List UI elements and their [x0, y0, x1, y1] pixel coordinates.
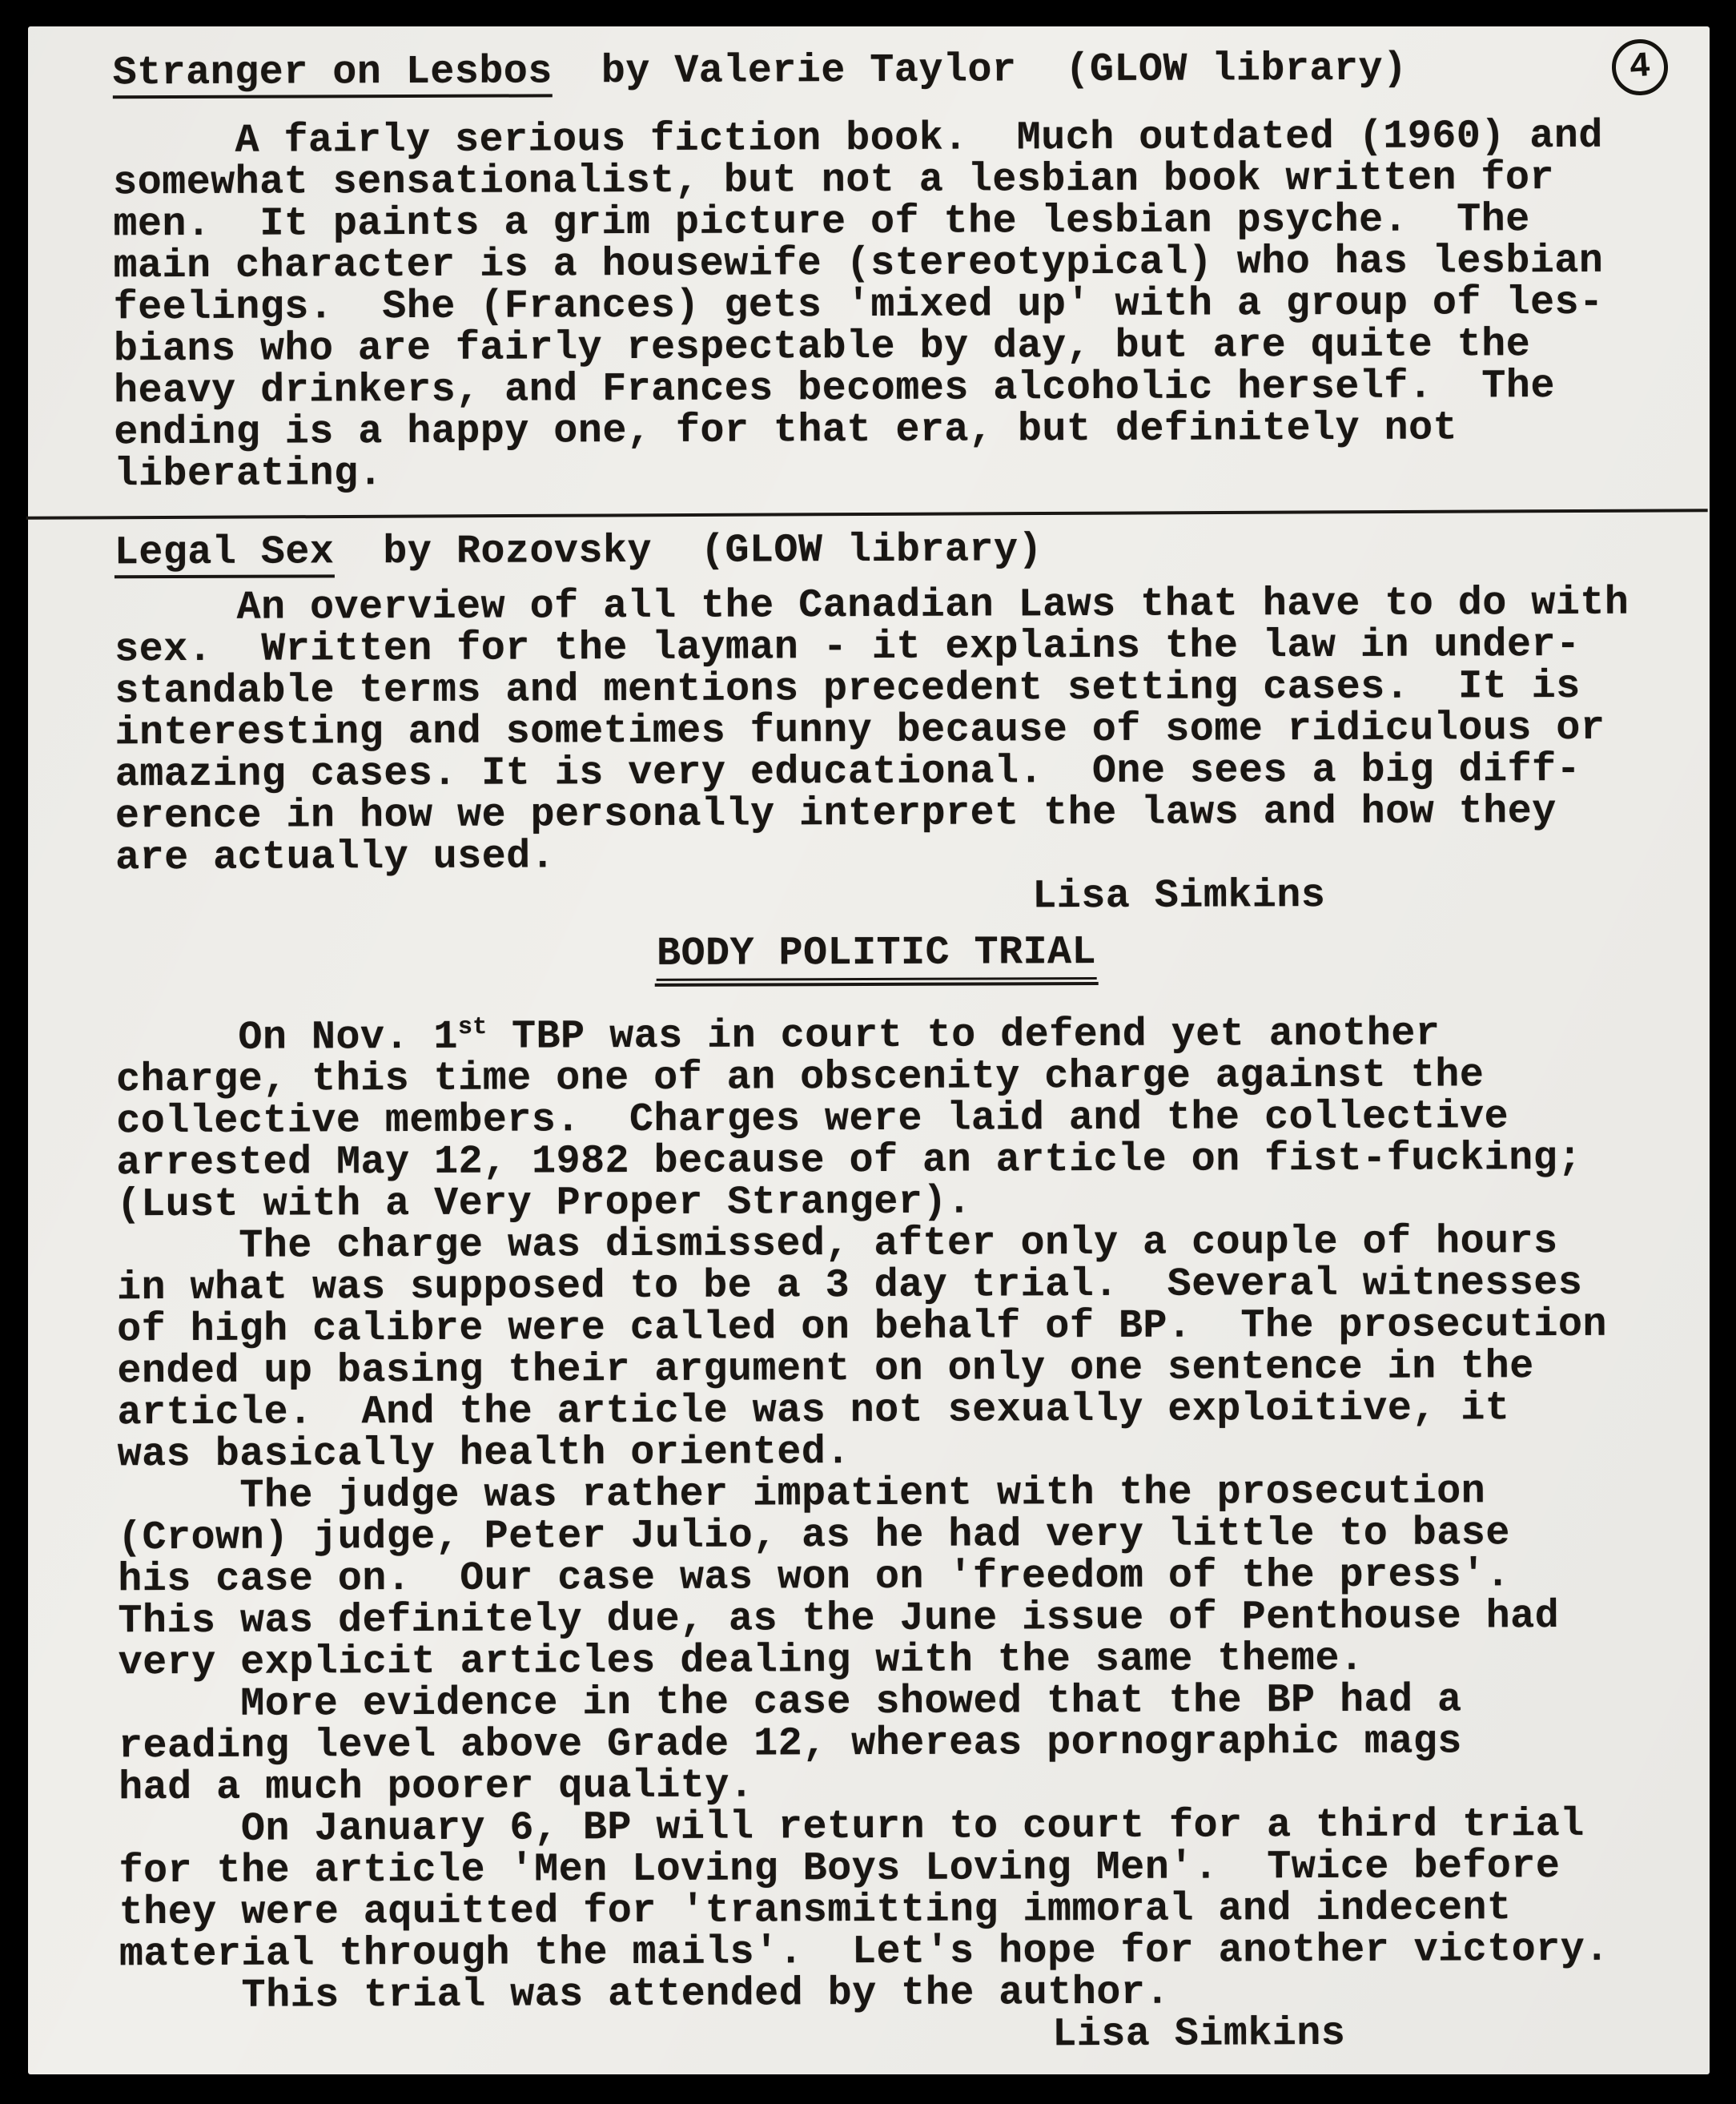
- page-content: Stranger on Lesbos by Valerie Taylor (GL…: [25, 23, 1714, 2077]
- text-line: This was definitely due, as the June iss…: [118, 1596, 1639, 1643]
- review1-title: Stranger on Lesbos: [113, 51, 553, 99]
- review2-body: An overview of all the Canadian Laws tha…: [115, 583, 1637, 880]
- article-para3: The judge was rather impatient with the …: [118, 1471, 1640, 1685]
- page: 4 Stranger on Lesbos by Valerie Taylor (…: [28, 26, 1710, 2074]
- article-para6: This trial was attended by the author.: [119, 1971, 1641, 2018]
- scanned-document: 4 Stranger on Lesbos by Valerie Taylor (…: [0, 0, 1736, 2104]
- review2-title: Legal Sex: [115, 532, 335, 578]
- text-line: reading level above Grade 12, whereas po…: [119, 1721, 1640, 1768]
- article-heading-line: BODY POLITIC TRIAL: [115, 931, 1637, 984]
- text-line: are actually used.: [115, 833, 1637, 880]
- section-divider: [26, 509, 1708, 520]
- text-line: material through the mails'. Let's hope …: [119, 1929, 1641, 1977]
- article-heading: BODY POLITIC TRIAL: [657, 932, 1096, 981]
- text-line: This trial was attended by the author.: [119, 1971, 1641, 2018]
- review1-title-line: Stranger on Lesbos by Valerie Taylor (GL…: [113, 48, 1634, 99]
- review1-byline: by Valerie Taylor (GLOW library): [553, 46, 1408, 95]
- signature: Lisa Simkins: [1032, 875, 1637, 919]
- text-line: article. And the article was not sexuall…: [117, 1388, 1638, 1435]
- article-para2: The charge was dismissed, after only a c…: [117, 1221, 1639, 1477]
- signature: Lisa Simkins: [1052, 2013, 1641, 2057]
- review1-body: A fairly serious fiction book. Much outd…: [113, 116, 1636, 497]
- text-line: arrested May 12, 1982 because of an arti…: [116, 1138, 1638, 1185]
- text-line: ending is a happy one, for that era, but…: [114, 408, 1635, 455]
- review2-title-line: Legal Sex by Rozovsky (GLOW library): [115, 528, 1636, 579]
- superscript: st: [458, 1014, 488, 1041]
- text-line: erence in how we personally interpret th…: [115, 791, 1637, 839]
- review2-byline: by Rozovsky (GLOW library): [334, 527, 1043, 575]
- article-para4: More evidence in the case showed that th…: [119, 1680, 1641, 1810]
- text-segment: On Nov. 1: [116, 1015, 458, 1061]
- article-para1: On Nov. 1st TBP was in court to defend y…: [116, 1013, 1638, 1227]
- text-line: liberating.: [114, 449, 1635, 497]
- article-para5: On January 6, BP will return to court fo…: [119, 1804, 1641, 1977]
